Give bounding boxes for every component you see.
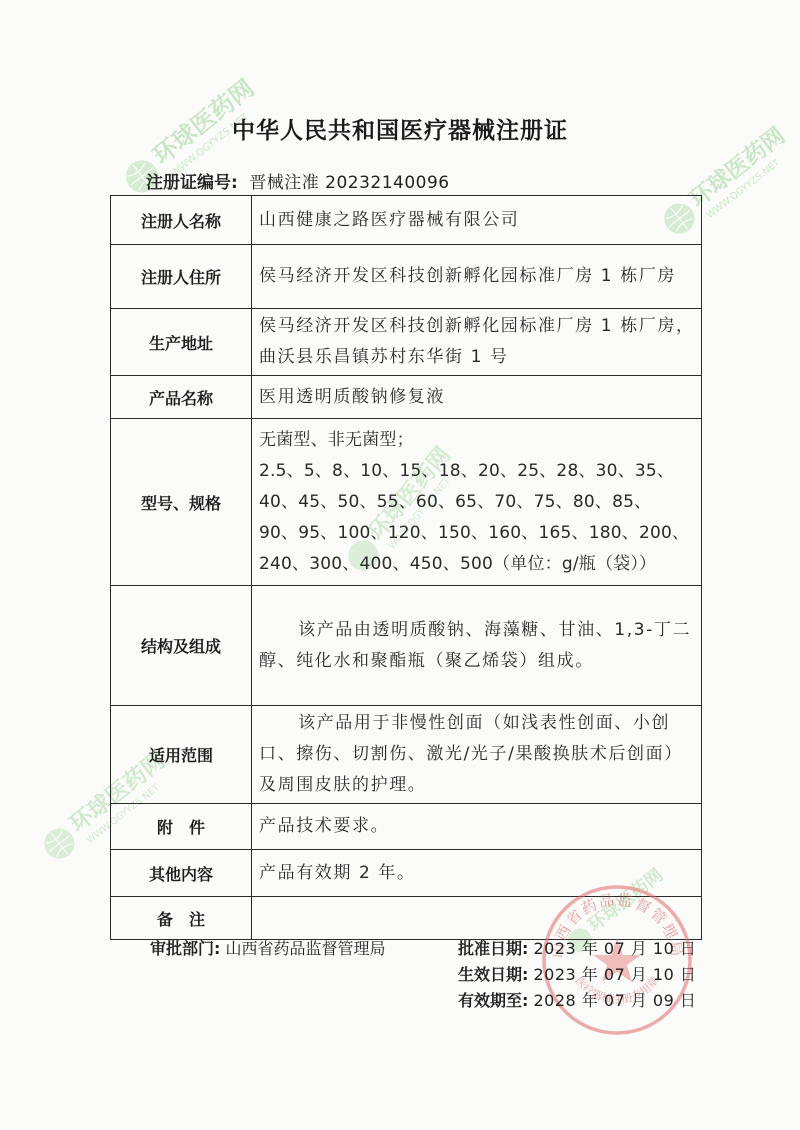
row-value-models: 无菌型、非无菌型； 2.5、5、8、10、15、18、20、25、28、30、3… [252, 419, 702, 586]
approval-date-value: 2023 年 07 月 10 日 [534, 939, 697, 958]
svg-text:WWW.QGYYZS.NET: WWW.QGYYZS.NET [705, 157, 783, 221]
effective-date-label: 生效日期: [458, 965, 528, 984]
row-value: 产品技术要求。 [252, 804, 702, 850]
row-value: 该产品由透明质酸钠、海藻糖、甘油、1,3-丁二醇、纯化水和聚酯瓶（聚乙烯袋）组成… [252, 586, 702, 706]
certificate-table: 注册人名称 山西健康之路医疗器械有限公司 注册人住所 侯马经济开发区科技创新孵化… [110, 195, 702, 940]
model-line: 2.5、5、8、10、15、18、20、25、28、30、35、 [259, 456, 695, 487]
expiry-date-label: 有效期至: [458, 991, 528, 1010]
registration-number: 注册证编号: 晋械注准 20232140096 [146, 168, 450, 193]
row-value: 山西健康之路医疗器械有限公司 [252, 196, 702, 245]
model-line: 240、300、400、450、500（单位：g/瓶（袋）） [259, 549, 695, 580]
effective-date-value: 2023 年 07 月 10 日 [534, 965, 697, 984]
row-value: 该产品用于非慢性创面（如浅表性创面、小创口、擦伤、切割伤、激光/光子/果酸换肤术… [252, 706, 702, 804]
row-key: 产品名称 [111, 376, 252, 419]
document-title: 中华人民共和国医疗器械注册证 [0, 112, 800, 145]
approval-date-label: 批准日期: [458, 939, 528, 958]
effective-date: 生效日期: 2023 年 07 月 10 日 [458, 962, 696, 985]
row-value: 医用透明质酸钠修复液 [252, 376, 702, 419]
row-key: 注册人名称 [111, 196, 252, 245]
row-key: 其他内容 [111, 850, 252, 897]
table-row: 附 件 产品技术要求。 [111, 804, 702, 850]
table-row: 备 注 [111, 897, 702, 940]
model-line: 无菌型、非无菌型； [259, 425, 695, 456]
table-row: 注册人名称 山西健康之路医疗器械有限公司 [111, 196, 702, 245]
approval-date: 批准日期: 2023 年 07 月 10 日 [458, 936, 696, 959]
row-key: 生产地址 [111, 309, 252, 376]
row-value [252, 897, 702, 940]
registration-number-value: 晋械注准 20232140096 [249, 173, 449, 193]
registration-number-label: 注册证编号: [146, 173, 238, 193]
certificate-page: 环球医药网 WWW.QGYYZS.NET 环球医药网 WWW.QGYYZS.NE… [0, 0, 800, 1130]
row-key: 型号、规格 [111, 419, 252, 586]
table-row: 其他内容 产品有效期 2 年。 [111, 850, 702, 897]
table-row: 结构及组成 该产品由透明质酸钠、海藻糖、甘油、1,3-丁二醇、纯化水和聚酯瓶（聚… [111, 586, 702, 706]
row-key: 注册人住所 [111, 245, 252, 309]
model-line: 90、95、100、120、150、160、165、180、200、 [259, 518, 695, 549]
row-key: 备 注 [111, 897, 252, 940]
table-row: 产品名称 医用透明质酸钠修复液 [111, 376, 702, 419]
row-key: 结构及组成 [111, 586, 252, 706]
approval-dept-label: 审批部门: [150, 939, 220, 958]
table-row: 注册人住所 侯马经济开发区科技创新孵化园标准厂房 1 栋厂房 [111, 245, 702, 309]
row-key: 附 件 [111, 804, 252, 850]
table-row: 生产地址 侯马经济开发区科技创新孵化园标准厂房 1 栋厂房，曲沃县乐昌镇苏村东华… [111, 309, 702, 376]
table-row: 型号、规格 无菌型、非无菌型； 2.5、5、8、10、15、18、20、25、2… [111, 419, 702, 586]
row-value: 侯马经济开发区科技创新孵化园标准厂房 1 栋厂房 [252, 245, 702, 309]
table-row: 适用范围 该产品用于非慢性创面（如浅表性创面、小创口、擦伤、切割伤、激光/光子/… [111, 706, 702, 804]
expiry-date-value: 2028 年 07 月 09 日 [534, 991, 697, 1010]
row-key: 适用范围 [111, 706, 252, 804]
row-value: 产品有效期 2 年。 [252, 850, 702, 897]
model-line: 40、45、50、55、60、65、70、75、80、85、 [259, 487, 695, 518]
row-value: 侯马经济开发区科技创新孵化园标准厂房 1 栋厂房，曲沃县乐昌镇苏村东华街 1 号 [252, 309, 702, 376]
expiry-date: 有效期至: 2028 年 07 月 09 日 [458, 988, 696, 1011]
approval-dept: 审批部门: 山西省药品监督管理局 [150, 936, 386, 959]
approval-dept-value: 山西省药品监督管理局 [226, 939, 386, 958]
